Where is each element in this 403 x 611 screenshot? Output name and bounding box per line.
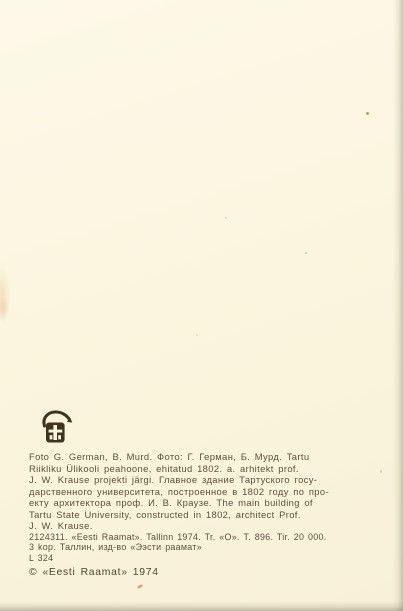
postcard-back: Foto G. German, B. Murd. Фото: Г. Герман…	[0, 0, 403, 611]
copyright-line: © «Eesti Raamat» 1974	[29, 567, 362, 578]
paper-speck	[366, 112, 369, 115]
paper-speck	[305, 252, 307, 254]
caption-line: Foto G. German, B. Murd. Фото: Г. Герман…	[29, 451, 362, 463]
imprint-block: 2124311. «Eesti Raamat». Tallinn 1974. T…	[29, 532, 362, 565]
caption-line: Riikliku Ülikooli peahoone, ehitatud 180…	[29, 463, 362, 475]
paper-speck	[137, 584, 144, 590]
paper-speck	[225, 217, 227, 219]
colophon: Foto G. German, B. Murd. Фото: Г. Герман…	[29, 451, 362, 578]
caption-line: J. W. Krause.	[29, 520, 362, 532]
card-edge-shadow-bottom	[0, 601, 403, 611]
caption-line: дарственного университета, построенное в…	[29, 486, 362, 498]
imprint-line: 3 kop. Таллин, изд-во «Ээсти раамат»	[29, 542, 362, 553]
caption-line: J. W. Krause projekti järgi. Главное зда…	[29, 474, 362, 486]
eesti-raamat-logo-icon	[40, 409, 73, 446]
caption-line: Tartu State University, constructed in 1…	[29, 509, 362, 521]
paper-speck	[380, 470, 382, 473]
caption-paragraph: Foto G. German, B. Murd. Фото: Г. Герман…	[29, 451, 362, 532]
card-edge-shadow-right	[393, 0, 403, 611]
paper-stain	[0, 296, 9, 322]
caption-line: екту архитектора проф. И. В. Краузе. The…	[29, 497, 362, 509]
imprint-line: L 324	[29, 553, 362, 564]
paper-speck	[196, 334, 198, 336]
imprint-line: 2124311. «Eesti Raamat». Tallinn 1974. T…	[29, 532, 362, 543]
